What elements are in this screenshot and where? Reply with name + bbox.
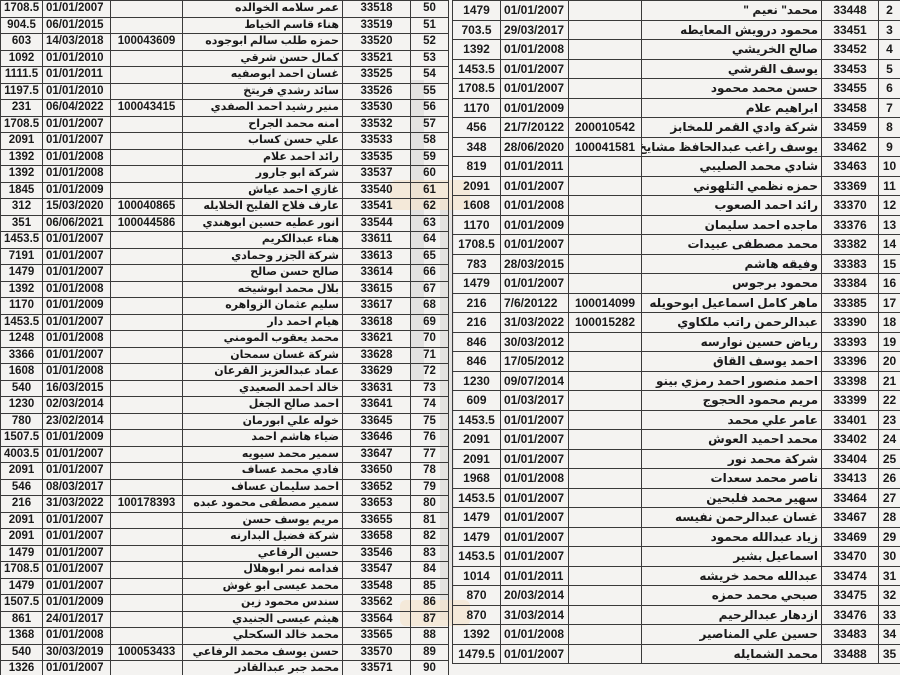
name-cell: محمد خالد السكحلي [183,628,343,645]
amount-cell: 1608 [453,196,501,216]
sequence-number-cell: 2 [879,1,900,21]
sequence-number-cell: 25 [879,449,900,469]
table-row: 1170 01/01/2009 سليم عثمان الزواهره 3361… [1,298,449,315]
table-row: 2091 01/01/2007 حمزه نظمي التلهوني 33369… [453,176,900,196]
reference-number-cell [111,331,183,348]
amount-cell: 703.5 [453,20,501,40]
name-cell: محمد مصطفى عبيدات [642,235,822,255]
name-cell: غسان عبدالرحمن نفيسه [642,508,822,528]
date-cell: 01/01/2007 [501,59,569,79]
amount-cell: 1453.5 [453,547,501,567]
table-row: 1453.5 01/01/2007 سهير محمد فلبحين 33464… [453,488,900,508]
sequence-number-cell: 12 [879,196,900,216]
name-cell: يوسف راغب عبدالحافظ مشايخ [642,137,822,157]
table-row: 1014 01/01/2011 عبدالله محمد خريشه 33474… [453,566,900,586]
account-number-cell: 33530 [343,100,411,117]
table-row: 546 08/03/2017 احمد سليمان عساف 33652 79 [1,479,449,496]
amount-cell: 1507.5 [1,595,43,612]
name-cell: شادي محمد الصليبي [642,157,822,177]
date-cell: 08/03/2017 [43,479,111,496]
account-number-cell: 33652 [343,479,411,496]
sequence-number-cell: 13 [879,215,900,235]
reference-number-cell [569,547,642,567]
account-number-cell: 33464 [822,488,879,508]
table-row: 4003.5 01/01/2007 سمير محمد سيويه 33647 … [1,446,449,463]
sequence-number-cell: 63 [411,215,449,232]
reference-number-cell [111,397,183,414]
account-number-cell: 33540 [343,182,411,199]
table-row: 1507.5 01/01/2009 ضياء هاشم احمد 33646 7… [1,430,449,447]
reference-number-cell [569,98,642,118]
amount-cell: 1392 [453,40,501,60]
account-number-cell: 33614 [343,265,411,282]
name-cell: محمد" نعيم " [642,1,822,21]
date-cell: 01/01/2008 [501,196,569,216]
account-number-cell: 33658 [343,529,411,546]
table-row: 1326 01/01/2007 محمد جبر عبدالقادر 33571… [1,661,449,675]
date-cell: 01/01/2007 [43,347,111,364]
table-row: 1170 01/01/2009 ابراهيم علام 33458 7 [453,98,900,118]
table-row: 1453.5 01/01/2007 هناء عبدالكريم 33611 6… [1,232,449,249]
amount-cell: 1170 [453,98,501,118]
sequence-number-cell: 15 [879,254,900,274]
amount-cell: 1479 [453,527,501,547]
reference-number-cell [111,479,183,496]
sequence-number-cell: 9 [879,137,900,157]
sequence-number-cell: 33 [879,605,900,625]
account-number-cell: 33546 [343,545,411,562]
name-cell: شركة فضيل البدارنه [183,529,343,546]
date-cell: 24/01/2017 [43,611,111,628]
date-cell: 20/03/2014 [501,586,569,606]
amount-cell: 780 [1,413,43,430]
sequence-number-cell: 57 [411,116,449,133]
sequence-number-cell: 76 [411,430,449,447]
amount-cell: 1248 [1,331,43,348]
reference-number-cell [569,235,642,255]
name-cell: حسن يوسف محمد الرفاعي [183,644,343,661]
date-cell: 01/01/2007 [501,547,569,567]
reference-number-cell [111,281,183,298]
name-cell: خالد احمد الصعيدي [183,380,343,397]
date-cell: 01/01/2007 [501,527,569,547]
table-row: 1845 01/01/2009 غازي احمد عياش 33540 61 [1,182,449,199]
name-cell: يوسف القرشي [642,59,822,79]
reference-number-cell [569,625,642,645]
date-cell: 01/01/2007 [43,1,111,18]
amount-cell: 1507.5 [1,430,43,447]
reference-number-cell [111,595,183,612]
table-row: 1479 01/01/2007 محمود برجوس 33384 16 [453,274,900,294]
sequence-number-cell: 90 [411,661,449,675]
amount-cell: 2091 [453,176,501,196]
sequence-number-cell: 18 [879,313,900,333]
table-row: 1111.5 01/01/2011 غسان احمد ابوصفيه 3352… [1,67,449,84]
name-cell: هيثم عيسى الجنيدي [183,611,343,628]
date-cell: 01/01/2007 [43,661,111,675]
amount-cell: 216 [453,293,501,313]
name-cell: رائد احمد الصعوب [642,196,822,216]
account-number-cell: 33628 [343,347,411,364]
name-cell: اسماعيل بشير [642,547,822,567]
name-cell: هناء عبدالكريم [183,232,343,249]
name-cell: سهير محمد فلبحين [642,488,822,508]
sequence-number-cell: 72 [411,364,449,381]
date-cell: 01/01/2007 [43,265,111,282]
reference-number-cell [569,449,642,469]
sequence-number-cell: 86 [411,595,449,612]
amount-cell: 1392 [1,281,43,298]
account-number-cell: 33537 [343,166,411,183]
sequence-number-cell: 20 [879,352,900,372]
table-row: 231 06/04/2022 100043415 منير رشيد احمد … [1,100,449,117]
account-number-cell: 33562 [343,595,411,612]
amount-cell: 1453.5 [1,232,43,249]
account-number-cell: 33382 [822,235,879,255]
sequence-number-cell: 74 [411,397,449,414]
amount-cell: 870 [453,605,501,625]
table-row: 1479 01/01/2007 غسان عبدالرحمن نفيسه 334… [453,508,900,528]
date-cell: 01/01/2008 [501,40,569,60]
reference-number-cell [569,488,642,508]
amount-cell: 1392 [1,166,43,183]
date-cell: 06/06/2021 [43,215,111,232]
sequence-number-cell: 85 [411,578,449,595]
sequence-number-cell: 7 [879,98,900,118]
date-cell: 01/01/2007 [43,578,111,595]
name-cell: حسن محمد محمود [642,79,822,99]
name-cell: شركة الجزر وحمادي [183,248,343,265]
table-row: 1170 01/01/2009 ماجده احمد سليمان 33376 … [453,215,900,235]
amount-cell: 1708.5 [1,116,43,133]
amount-cell: 456 [453,118,501,138]
sequence-number-cell: 35 [879,644,900,664]
table-row: 1230 09/07/2014 احمد منصور احمد رمزي بين… [453,371,900,391]
date-cell: 01/01/2009 [43,595,111,612]
date-cell: 01/01/2007 [501,235,569,255]
amount-cell: 1479 [453,1,501,21]
sequence-number-cell: 80 [411,496,449,513]
date-cell: 28/06/2020 [501,137,569,157]
sequence-number-cell: 60 [411,166,449,183]
table-row: 1479 01/01/2007 محمد" نعيم " 33448 2 [453,1,900,21]
account-number-cell: 33476 [822,605,879,625]
account-number-cell: 33621 [343,331,411,348]
reference-number-cell [111,430,183,447]
account-number-cell: 33525 [343,67,411,84]
account-number-cell: 33518 [343,1,411,18]
account-number-cell: 33399 [822,391,879,411]
date-cell: 15/03/2020 [43,199,111,216]
name-cell: رياض حسين نوارسه [642,332,822,352]
reference-number-cell [569,430,642,450]
account-number-cell: 33469 [822,527,879,547]
table-row: 1392 01/01/2008 شركة ابو جارور 33537 60 [1,166,449,183]
account-number-cell: 33618 [343,314,411,331]
amount-cell: 2091 [1,512,43,529]
reference-number-cell [111,166,183,183]
account-number-cell: 33650 [343,463,411,480]
reference-number-cell [111,446,183,463]
account-number-cell: 33629 [343,364,411,381]
sequence-number-cell: 5 [879,59,900,79]
account-number-cell: 33384 [822,274,879,294]
amount-cell: 546 [1,479,43,496]
table-row: 312 15/03/2020 100040865 عارف فلاح الفلي… [1,199,449,216]
table-row: 7191 01/01/2007 شركة الجزر وحمادي 33613 … [1,248,449,265]
sequence-number-cell: 55 [411,83,449,100]
account-number-cell: 33564 [343,611,411,628]
table-row: 904.5 06/01/2015 هناء قاسم الخياط 33519 … [1,17,449,34]
amount-cell: 3366 [1,347,43,364]
account-number-cell: 33474 [822,566,879,586]
date-cell: 02/03/2014 [43,397,111,414]
table-row: 216 31/03/2022 100015282 عبدالرحمن راتب … [453,313,900,333]
name-cell: شركة غسان سمحان [183,347,343,364]
reference-number-cell [111,232,183,249]
name-cell: ضياء هاشم احمد [183,430,343,447]
table-row: 1392 01/01/2008 بلال محمد ابوشيخه 33615 … [1,281,449,298]
date-cell: 01/01/2007 [43,463,111,480]
table-row: 861 24/01/2017 هيثم عيسى الجنيدي 33564 8… [1,611,449,628]
sequence-number-cell: 88 [411,628,449,645]
account-number-cell: 33645 [343,413,411,430]
reference-number-cell [111,298,183,315]
account-number-cell: 33393 [822,332,879,352]
date-cell: 01/01/2007 [43,232,111,249]
reference-number-cell [569,176,642,196]
name-cell: صالح الخريشي [642,40,822,60]
account-number-cell: 33526 [343,83,411,100]
name-cell: محمود برجوس [642,274,822,294]
sequence-number-cell: 79 [411,479,449,496]
table-row: 2091 01/01/2007 مريم يوسف حسن 33655 81 [1,512,449,529]
amount-cell: 819 [453,157,501,177]
sequence-number-cell: 32 [879,586,900,606]
reference-number-cell [569,215,642,235]
amount-cell: 861 [1,611,43,628]
account-number-cell: 33475 [822,586,879,606]
amount-cell: 1479 [1,578,43,595]
table-row: 1230 02/03/2014 احمد صالح الجغل 33641 74 [1,397,449,414]
name-cell: سائد رشدي فريتخ [183,83,343,100]
reference-number-cell: 100040865 [111,199,183,216]
account-number-cell: 33467 [822,508,879,528]
reference-number-cell [111,661,183,675]
amount-cell: 540 [1,644,43,661]
amount-cell: 1326 [1,661,43,675]
reference-number-cell [111,133,183,150]
date-cell: 06/04/2022 [43,100,111,117]
reference-number-cell [111,611,183,628]
table-row: 1708.5 01/01/2007 امنه محمد الجراح 33532… [1,116,449,133]
account-number-cell: 33646 [343,430,411,447]
reference-number-cell: 100041581 [569,137,642,157]
name-cell: كمال حسن شرقي [183,50,343,67]
sequence-number-cell: 22 [879,391,900,411]
table-row: 2091 01/01/2007 محمد احميد العوش 33402 2… [453,430,900,450]
sequence-number-cell: 73 [411,380,449,397]
sequence-number-cell: 50 [411,1,449,18]
reference-number-cell [569,274,642,294]
table-row: 846 17/05/2012 احمد يوسف القاق 33396 20 [453,352,900,372]
reference-number-cell [569,40,642,60]
name-cell: احمد يوسف القاق [642,352,822,372]
date-cell: 01/01/2008 [501,625,569,645]
reference-number-cell [111,463,183,480]
sequence-number-cell: 81 [411,512,449,529]
name-cell: محمد عيسى ابو غوش [183,578,343,595]
table-row: 1608 01/01/2008 عماد عبدالعزيز القرعان 3… [1,364,449,381]
account-number-cell: 33483 [822,625,879,645]
table-row: 1453.5 01/01/2007 هيام احمد دار 33618 69 [1,314,449,331]
amount-cell: 1197.5 [1,83,43,100]
name-cell: رائد احمد علام [183,149,343,166]
account-number-cell: 33459 [822,118,879,138]
sequence-number-cell: 26 [879,469,900,489]
name-cell: شركة محمد نور [642,449,822,469]
table-row: 2091 01/01/2007 فادي محمد عساف 33650 78 [1,463,449,480]
name-cell: محمد يعقوب المومني [183,331,343,348]
reference-number-cell [569,352,642,372]
table-row: 540 16/03/2015 خالد احمد الصعيدي 33631 7… [1,380,449,397]
reference-number-cell: 100014099 [569,293,642,313]
amount-cell: 1845 [1,182,43,199]
name-cell: حسين الرفاعي [183,545,343,562]
name-cell: ناصر محمد سعدات [642,469,822,489]
sequence-number-cell: 19 [879,332,900,352]
sequence-number-cell: 17 [879,293,900,313]
date-cell: 01/01/2007 [501,508,569,528]
account-number-cell: 33396 [822,352,879,372]
sequence-number-cell: 31 [879,566,900,586]
date-cell: 01/03/2017 [501,391,569,411]
date-cell: 01/01/2009 [43,430,111,447]
sequence-number-cell: 71 [411,347,449,364]
account-number-cell: 33617 [343,298,411,315]
amount-cell: 1230 [453,371,501,391]
account-number-cell: 33462 [822,137,879,157]
date-cell: 01/01/2007 [43,248,111,265]
reference-number-cell: 100043415 [111,100,183,117]
table-row: 819 01/01/2011 شادي محمد الصليبي 33463 1… [453,157,900,177]
table-row: 1479.5 01/01/2007 محمد الشمايله 33488 35 [453,644,900,664]
date-cell: 01/01/2008 [43,628,111,645]
table-row: 1608 01/01/2008 رائد احمد الصعوب 33370 1… [453,196,900,216]
sequence-number-cell: 28 [879,508,900,528]
amount-cell: 1453.5 [453,488,501,508]
amount-cell: 1479 [1,545,43,562]
sequence-number-cell: 27 [879,488,900,508]
reference-number-cell [569,59,642,79]
amount-cell: 1453.5 [453,410,501,430]
name-cell: بلال محمد ابوشيخه [183,281,343,298]
table-row: 1968 01/01/2008 ناصر محمد سعدات 33413 26 [453,469,900,489]
reference-number-cell [569,410,642,430]
date-cell: 01/01/2008 [501,469,569,489]
sequence-number-cell: 51 [411,17,449,34]
date-cell: 31/03/2014 [501,605,569,625]
amount-cell: 1170 [453,215,501,235]
reference-number-cell [111,1,183,18]
date-cell: 01/01/2007 [501,644,569,664]
date-cell: 01/01/2010 [43,83,111,100]
amount-cell: 216 [453,313,501,333]
reference-number-cell [569,332,642,352]
name-cell: مريم يوسف حسن [183,512,343,529]
reference-number-cell [111,314,183,331]
reference-number-cell [569,1,642,21]
reference-number-cell [569,527,642,547]
date-cell: 01/01/2007 [43,562,111,579]
table-row: 1248 01/01/2008 محمد يعقوب المومني 33621… [1,331,449,348]
name-cell: صبحي محمد حمزه [642,586,822,606]
amount-cell: 1230 [1,397,43,414]
amount-cell: 1111.5 [1,67,43,84]
amount-cell: 1453.5 [453,59,501,79]
reference-number-cell [111,512,183,529]
account-number-cell: 33653 [343,496,411,513]
amount-cell: 2091 [1,133,43,150]
account-number-cell: 33641 [343,397,411,414]
table-row: 216 31/03/2022 100178393 سمير مصطفى محمو… [1,496,449,513]
name-cell: فدامه نمر ابوهلال [183,562,343,579]
account-number-cell: 33369 [822,176,879,196]
amount-cell: 904.5 [1,17,43,34]
name-cell: احمد صالح الجغل [183,397,343,414]
sequence-number-cell: 58 [411,133,449,150]
sequence-number-cell: 59 [411,149,449,166]
reference-number-cell [569,469,642,489]
name-cell: حمزه طلب سالم ابوجوده [183,34,343,51]
amount-cell: 2091 [453,449,501,469]
date-cell: 01/01/2008 [43,281,111,298]
account-number-cell: 33533 [343,133,411,150]
date-cell: 01/01/2007 [43,545,111,562]
reference-number-cell: 200010542 [569,118,642,138]
date-cell: 01/01/2007 [501,1,569,21]
table-row: 1479 01/01/2007 محمد عيسى ابو غوش 33548 … [1,578,449,595]
account-number-cell: 33611 [343,232,411,249]
reference-number-cell [111,67,183,84]
account-number-cell: 33398 [822,371,879,391]
amount-cell: 2091 [1,463,43,480]
name-cell: احمد سليمان عساف [183,479,343,496]
account-number-cell: 33376 [822,215,879,235]
table-row: 1708.5 01/01/2007 عمر سلامه الخوالده 335… [1,1,449,18]
sequence-number-cell: 83 [411,545,449,562]
account-number-cell: 33390 [822,313,879,333]
amount-cell: 1392 [453,625,501,645]
reference-number-cell [111,265,183,282]
reference-number-cell [569,196,642,216]
name-cell: هناء قاسم الخياط [183,17,343,34]
sequence-number-cell: 24 [879,430,900,450]
reference-number-cell [569,391,642,411]
sequence-number-cell: 62 [411,199,449,216]
reference-number-cell [111,413,183,430]
name-cell: وفيقه هاشم [642,254,822,274]
table-row: 1479 01/01/2007 زياد عبدالله محمود 33469… [453,527,900,547]
name-cell: احمد منصور احمد رمزي بينو [642,371,822,391]
amount-cell: 351 [1,215,43,232]
amount-cell: 1608 [1,364,43,381]
sequence-number-cell: 77 [411,446,449,463]
account-number-cell: 33647 [343,446,411,463]
table-row: 1453.5 01/01/2007 يوسف القرشي 33453 5 [453,59,900,79]
date-cell: 01/01/2010 [43,50,111,67]
table-row: 1708.5 01/01/2007 محمد مصطفى عبيدات 3338… [453,235,900,255]
